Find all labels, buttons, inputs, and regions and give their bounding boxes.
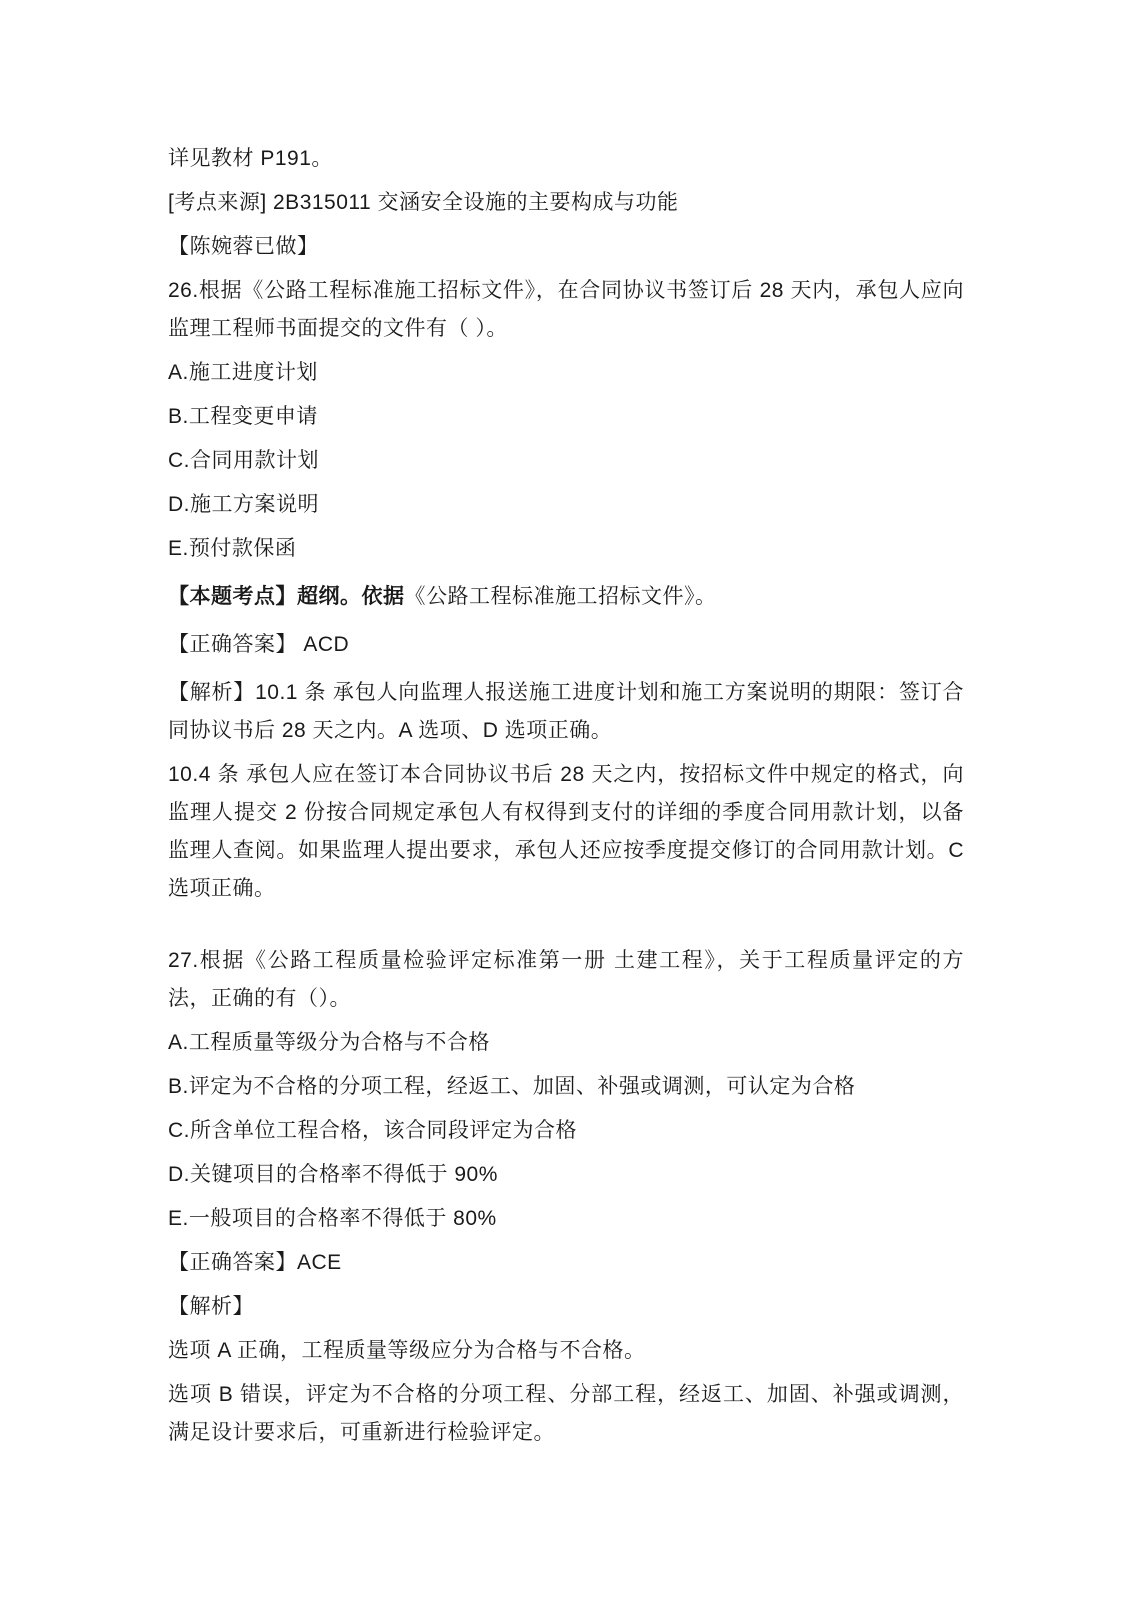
question-27-option-b: B.评定为不合格的分项工程，经返工、加固、补强或调测，可认定为合格	[168, 1068, 964, 1106]
question-26-keypoint-label: 【本题考点】超纲。依据	[168, 585, 405, 608]
question-27-option-a: A.工程质量等级分为合格与不合格	[168, 1024, 964, 1062]
question-27-analysis-label: 【解析】	[168, 1288, 964, 1326]
question-26-correct-answer: 【正确答案】 ACD	[168, 626, 964, 664]
question-26-keypoint-line: 【本题考点】超纲。依据《公路工程标准施工招标文件》。	[168, 578, 964, 616]
question-27-analysis-option-b: 选项 B 错误，评定为不合格的分项工程、分部工程，经返工、加固、补强或调测，满足…	[168, 1376, 964, 1452]
question-27-option-d: D.关键项目的合格率不得低于 90%	[168, 1156, 964, 1194]
question-26-analysis-clause-10-4: 10.4 条 承包人应在签订本合同协议书后 28 天之内，按招标文件中规定的格式…	[168, 756, 964, 908]
question-27-stem: 27.根据《公路工程质量检验评定标准第一册 土建工程》，关于工程质量评定的方法，…	[168, 942, 964, 1018]
question-26-keypoint-source-book: 《公路工程标准施工招标文件》。	[405, 585, 717, 608]
question-26-option-d: D.施工方案说明	[168, 486, 964, 524]
question-26-stem: 26.根据《公路工程标准施工招标文件》，在合同协议书签订后 28 天内，承包人应…	[168, 272, 964, 348]
student-done-tag: 【陈婉蓉已做】	[168, 228, 964, 266]
question-26-option-b: B.工程变更申请	[168, 398, 964, 436]
exam-document-page: 详见教材 P191。 [考点来源] 2B315011 交涵安全设施的主要构成与功…	[168, 140, 964, 1458]
question-27-correct-answer: 【正确答案】ACE	[168, 1244, 964, 1282]
question-27-analysis-option-a: 选项 A 正确，工程质量等级应分为合格与不合格。	[168, 1332, 964, 1370]
textbook-reference: 详见教材 P191。	[168, 140, 964, 178]
question-27-option-c: C.所含单位工程合格，该合同段评定为合格	[168, 1112, 964, 1150]
question-26-analysis-clause-10-1: 【解析】10.1 条 承包人向监理人报送施工进度计划和施工方案说明的期限：签订合…	[168, 674, 964, 750]
question-27-option-e: E.一般项目的合格率不得低于 80%	[168, 1200, 964, 1238]
keypoint-source-line: [考点来源] 2B315011 交涵安全设施的主要构成与功能	[168, 184, 964, 222]
question-26-option-e: E.预付款保函	[168, 530, 964, 568]
question-26-option-a: A.施工进度计划	[168, 354, 964, 392]
question-26-option-c: C.合同用款计划	[168, 442, 964, 480]
